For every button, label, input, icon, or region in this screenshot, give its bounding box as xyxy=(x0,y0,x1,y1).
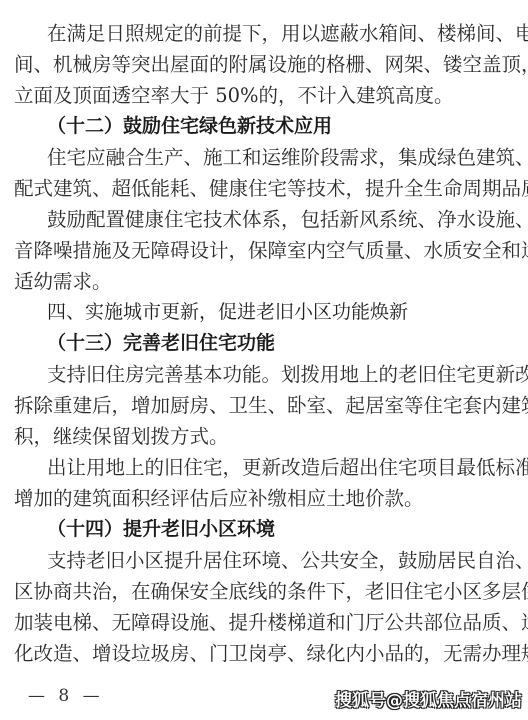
page-number: — 8 — xyxy=(28,686,104,706)
paragraph-line: 加装电梯、无障碍设施、提升楼梯道和门厅公共部位品质、适老 xyxy=(14,607,476,638)
paragraph-line: 支持老旧小区提升居住环境、公共安全，鼓励居民自治、社 xyxy=(47,545,476,576)
paragraph-line: 适幼需求。 xyxy=(14,266,476,297)
watermark: 搜狐号@搜狐焦点宿州站 xyxy=(335,686,522,711)
paragraph-line: 出让用地上的旧住宅，更新改造后超出住宅项目最低标准的， xyxy=(47,452,476,483)
paragraph-line: 住宅应融合生产、施工和运维阶段需求，集成绿色建筑、装 xyxy=(47,142,476,173)
paragraph-line: 音降噪措施及无障碍设计，保障室内空气质量、水质安全和适老 xyxy=(14,235,476,266)
paragraph-line: 在满足日照规定的前提下，用以遮蔽水箱间、楼梯间、电梯 xyxy=(47,18,476,49)
paragraph-line: 区协商共治，在确保安全底线的条件下，老旧住宅小区多层住宅 xyxy=(14,576,476,607)
paragraph-line: 立面及顶面透空率大于 50%的，不计入建筑高度。 xyxy=(14,80,476,111)
paragraph-line: 配式建筑、超低能耗、健康住宅等技术，提升全生命周期品质。 xyxy=(14,173,476,204)
document-page: 在满足日照规定的前提下，用以遮蔽水箱间、楼梯间、电梯 间、机械房等突出屋面的附属… xyxy=(0,0,528,720)
paragraph-line: 支持旧住房完善基本功能。划拨用地上的老旧住宅更新改造、 xyxy=(47,359,476,390)
paragraph-line: 化改造、增设垃圾房、门卫岗亭、绿化内小品的，无需办理规划 xyxy=(14,638,476,669)
paragraph-line: 增加的建筑面积经评估后应补缴相应土地价款。 xyxy=(14,483,476,514)
paragraph-line: 拆除重建后，增加厨房、卫生、卧室、起居室等住宅套内建筑面 xyxy=(14,390,476,421)
section-heading-12: （十二）鼓励住宅绿色新技术应用 xyxy=(47,111,476,142)
paragraph-line: 间、机械房等突出屋面的附属设施的格栅、网架、镂空盖顶，其 xyxy=(14,49,476,80)
paragraph-line: 积，继续保留划拨方式。 xyxy=(14,421,476,452)
paragraph-line: 鼓励配置健康住宅技术体系，包括新风系统、净水设施、隔 xyxy=(47,204,476,235)
section-heading-14: （十四）提升老旧小区环境 xyxy=(47,514,476,545)
chapter-heading-4: 四、实施城市更新，促进老旧小区功能焕新 xyxy=(47,297,476,328)
section-heading-13: （十三）完善老旧住宅功能 xyxy=(47,328,476,359)
